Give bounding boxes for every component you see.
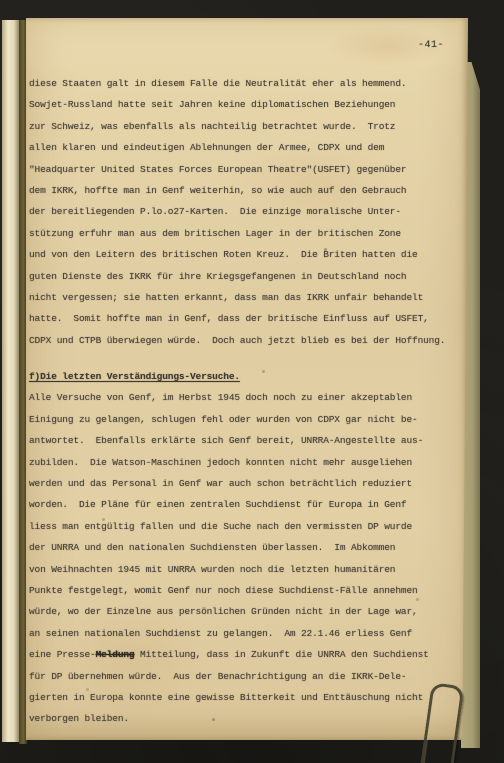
- text-line: hatte. Somit hoffte man in Genf, dass de…: [29, 308, 465, 329]
- text-line: Sowjet-Russland hatte seit Jahren keine …: [29, 94, 465, 115]
- text-line: nicht vergessen; sie hatten erkannt, das…: [29, 287, 465, 308]
- text-segment: eine Presse-: [29, 649, 96, 660]
- document-page: -41- diese Staaten galt in diesem Falle …: [26, 18, 468, 740]
- photo-background: -41- diese Staaten galt in diesem Falle …: [0, 0, 504, 763]
- text-line: antwortet. Ebenfalls erklärte sich Genf …: [29, 430, 465, 451]
- text-line: "Headquarter United States Forces Europe…: [29, 159, 465, 180]
- text-line: gierten in Europa konnte eine gewisse Bi…: [29, 687, 465, 708]
- text-line: stützung erfuhr man aus dem britischen L…: [29, 223, 465, 244]
- text-line: an seinen nationalen Suchdienst zu gelan…: [29, 623, 465, 644]
- text-segment: Mitteilung, dass in Zukunft die UNRRA de…: [134, 649, 428, 660]
- binding-gutter-shadow: [19, 20, 27, 744]
- text-block: diese Staaten galt in diesem Falle die N…: [29, 73, 465, 730]
- text-line: zur Schweiz, was ebenfalls als nachteili…: [29, 116, 465, 137]
- text-line: worden. Die Pläne für einen zentralen Su…: [29, 494, 465, 515]
- text-line: werden und das Personal in Genf war auch…: [29, 473, 465, 494]
- text-line: und von den Leitern des britischen Roten…: [29, 244, 465, 265]
- text-line: liess man entgültig fallen und die Suche…: [29, 516, 465, 537]
- text-line: allen klaren und eindeutigen Ablehnungen…: [29, 137, 465, 158]
- text-line: guten Dienste des IKRK für ihre Kriegsge…: [29, 266, 465, 287]
- section-heading: f)Die letzten Verständigungs-Versuche.: [29, 366, 465, 387]
- text-line: für DP übernehmen würde. Aus der Benachr…: [29, 666, 465, 687]
- text-line: würde, wo der Einzelne aus persönlichen …: [29, 601, 465, 622]
- text-line: Alle Versuche von Genf, im Herbst 1945 d…: [29, 387, 465, 408]
- text-line: von Weihnachten 1945 mit UNRRA wurden no…: [29, 559, 465, 580]
- struck-out-word: Meldung: [96, 649, 135, 660]
- text-line: der bereitliegenden P.lo.o27-Karten. Die…: [29, 201, 465, 222]
- page-number: -41-: [418, 40, 444, 51]
- text-line: CDPX und CTPB überwiegen würde. Doch auc…: [29, 330, 465, 351]
- bound-left-page-edge: [2, 20, 19, 742]
- text-line: Punkte festgelegt, womit Genf nur noch d…: [29, 580, 465, 601]
- text-line-with-correction: eine Presse-Meldung Mitteilung, dass in …: [29, 644, 465, 665]
- text-line: dem IKRK, hoffte man in Genf weiterhin, …: [29, 180, 465, 201]
- text-line: diese Staaten galt in diesem Falle die N…: [29, 73, 465, 94]
- text-line: der UNRRA und den nationalen Suchdienste…: [29, 537, 465, 558]
- text-line: verborgen bleiben.: [29, 708, 465, 729]
- text-line: Einigung zu gelangen, schlugen fehl oder…: [29, 409, 465, 430]
- text-line: zubilden. Die Watson-Maschinen jedoch ko…: [29, 452, 465, 473]
